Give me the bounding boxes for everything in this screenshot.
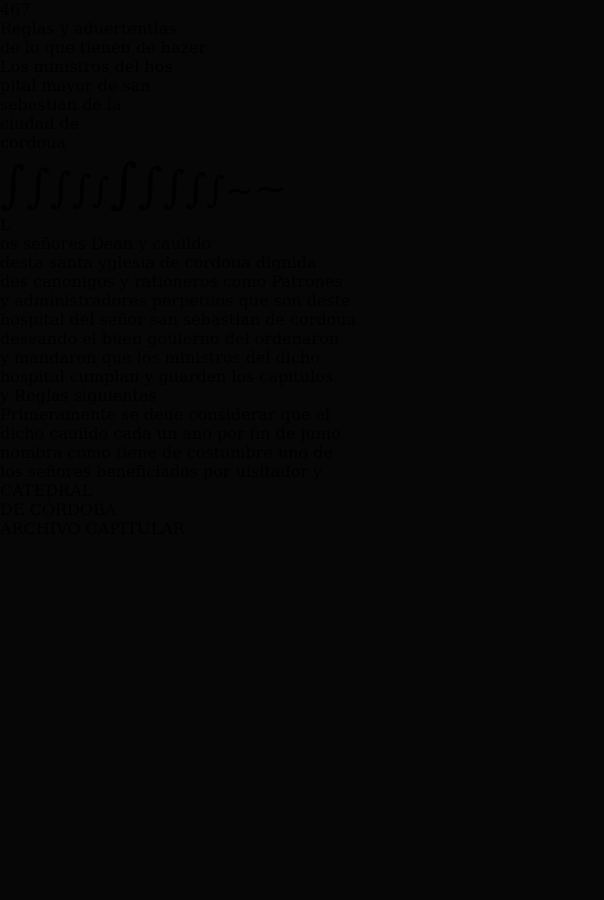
watermark-line-1: CATEDRAL	[0, 481, 604, 500]
title-line-7: cordoua	[0, 133, 604, 152]
drop-cap-letter: L	[0, 215, 604, 234]
paragraph2-line: dicho cauildo cada un ano por fin de jun…	[0, 424, 604, 443]
flourish-mark: ∫	[163, 162, 186, 213]
flourish-mark: ~	[254, 166, 288, 212]
paragraph2-line: nombra como tiene de costumbre uno de	[0, 443, 604, 462]
title-line-1: Reglas y aduertentias	[0, 19, 604, 38]
paragraph1-line: des canonigos y rationeros como Patrones	[0, 272, 604, 291]
title-line-4: pital mayor de san	[0, 76, 604, 95]
paragraph1-line: deseando el buen gouierno del ordenaron	[0, 329, 604, 348]
paragraph1-line: y administradores perpetuos que son dest…	[0, 291, 604, 310]
title-line-6: ciudad de	[0, 114, 604, 133]
paragraph2-line: los señores beneficiados por uisitador y	[0, 462, 604, 481]
flourish-mark: ∫	[50, 163, 72, 212]
paragraph2-line: Primeramente se deue considerar que el	[0, 405, 604, 424]
paragraph1-line: hospital del señor san sebastian de cord…	[0, 310, 604, 329]
title-line-3: Los ministros del hos	[0, 57, 604, 76]
watermark-line-2: DE CÓRDOBA	[0, 500, 604, 519]
title-line-5: sebastian de la	[0, 95, 604, 114]
title-line-2: de lo que tienen de hazer	[0, 38, 604, 57]
paragraph1-heading: os señores Dean y cauildo	[0, 234, 604, 253]
flourish-mark: ∫	[186, 166, 207, 212]
flourish-mark: ∫	[138, 158, 163, 214]
flourish-marks: ∫∫∫∫∫∫∫∫∫∫~~	[0, 152, 604, 215]
flourish-mark: ∫	[72, 167, 92, 211]
adjacent-page-edge	[0, 0, 30, 900]
flourish-mark: ~	[225, 171, 254, 211]
manuscript-photo: 467 Reglas y aduertentias de lo que tien…	[0, 0, 604, 900]
watermark-line-3: ARCHIVO CAPITULAR	[0, 519, 604, 538]
paragraph1-line: y Reglas siguientes	[0, 386, 604, 405]
folio-number: 467	[0, 0, 604, 19]
paragraph1-line: hospital cumplan y guarden los capitulos	[0, 367, 604, 386]
paragraph1-line: desta santa yglesia de cordoua dignida	[0, 253, 604, 272]
paragraph1-line: y mandaron que los ministros del dicho	[0, 348, 604, 367]
flourish-mark: ∫	[92, 171, 110, 211]
flourish-mark: ∫	[206, 170, 225, 211]
flourish-mark: ∫	[109, 152, 137, 215]
